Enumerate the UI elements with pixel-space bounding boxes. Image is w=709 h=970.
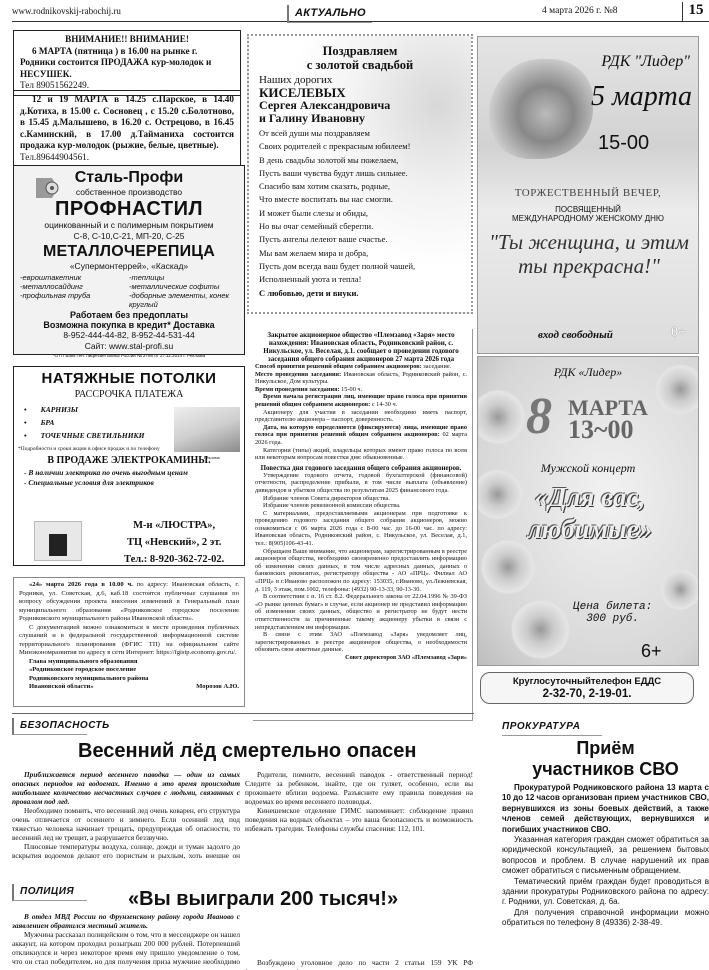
- article-ice-col1: Приближается период весеннего паводка — …: [12, 770, 240, 860]
- poem-line: Пусть дом всегда ваш будет полной чашей,: [259, 260, 461, 273]
- product-metallocherepitsa: МЕТАЛЛОЧЕРЕПИЦА: [18, 242, 240, 261]
- poster-day: 8: [526, 391, 552, 443]
- poster-event: ТОРЖЕСТВЕННЫЙ ВЕЧЕР,: [478, 187, 698, 199]
- flower-decoration: [658, 567, 699, 612]
- poster-march5-event: РДК "Лидер" 5 марта 15-00 ТОРЖЕСТВЕННЫЙ …: [477, 36, 699, 354]
- name-wife: и Галину Ивановну: [259, 112, 461, 125]
- poster-venue: РДК «Лидер»: [478, 365, 698, 380]
- notice-header: Закрытое акционерное общество «Племзавод…: [255, 331, 467, 363]
- notice-shareholders-meeting: Закрытое акционерное общество «Племзавод…: [253, 329, 473, 721]
- poster-title: «Для вас, любимые»: [490, 481, 690, 545]
- item-value: 15-00 ч.: [340, 386, 363, 393]
- poem: От всей души мы поздравляем Своих родите…: [259, 127, 461, 300]
- ad-phone: Тел.89644904561.: [20, 152, 234, 164]
- poster-concert: Мужской концерт: [478, 461, 698, 476]
- notice-item: Время начала регистрации лиц, имеющие пр…: [255, 393, 467, 408]
- item-label: Дата, на которую определяются (фиксируют…: [255, 424, 467, 439]
- poem-line: Но вы очаг семейный сберегли.: [259, 220, 461, 233]
- sale-line: - Специальные условия для электриков: [18, 478, 240, 488]
- item-label: Место проведения заседания:: [255, 371, 341, 378]
- ad-chickens-march12-19: 12 и 19 МАРТА в 14.25 с.Парское, в 14.40…: [13, 90, 241, 167]
- edds-label: Круглосуточныйтелефон ЕДДС: [481, 676, 693, 688]
- ad-body: 12 и 19 МАРТА в 14.25 с.Парское, в 14.40…: [20, 94, 234, 152]
- product2-types: «Супермонтеррей», «Каскад»: [18, 261, 240, 272]
- website[interactable]: Сайт: www.stal-profi.su: [18, 341, 240, 352]
- item-label: Время начала регистрации лиц, имеющие пр…: [255, 393, 467, 408]
- ad-note: *Подробности и сроки акции в офисе прода…: [18, 444, 168, 454]
- article-lead: Прокуратурой Родниковского района 13 мар…: [502, 783, 709, 835]
- dedication-line: ПОСВЯЩЕННЫЙ: [478, 205, 698, 214]
- item-label: Время проведения заседания:: [255, 386, 340, 393]
- shop-info: М-н «ЛЮСТРА», ТЦ «Невский», 2 эт. Тел.: …: [124, 517, 224, 568]
- no-prepay: Работаем без предоплаты: [18, 310, 240, 320]
- ad-title: НАТЯЖНЫЕ ПОТОЛКИ: [18, 370, 240, 389]
- article-paragraph: Тематический приём граждан будет проводи…: [502, 877, 709, 908]
- signature-line: Родниковского муниципального района: [19, 675, 239, 684]
- product-list: -евроштакетник -теплицы -металлосайдинг …: [18, 272, 240, 310]
- product-profnastil: ПРОФНАСТИЛ: [18, 198, 240, 220]
- ad-title: ВНИМАНИЕ!! ВНИМАНИЕ!: [20, 34, 234, 46]
- poem-line: В день свадьбы золотой мы пожелаем,: [259, 154, 461, 167]
- notice-item: Способ принятия решений общим собранием …: [255, 363, 467, 371]
- ad-stretch-ceilings: НАТЯЖНЫЕ ПОТОЛКИ РАССРОЧКА ПЛАТЕЖА КАРНИ…: [13, 366, 245, 566]
- product-item: -теплицы: [129, 273, 238, 282]
- signature-line: «Родниковское городское поселение: [19, 666, 239, 675]
- greeting-title: с золотой свадьбой: [259, 58, 461, 72]
- article-police-col1: В отдел МВД России по Фрунзенскому район…: [12, 912, 240, 966]
- poem-line: Пусть ваши чувства будут лишь сильнее.: [259, 167, 461, 180]
- notice-public-hearings: «24» марта 2026 года в 10.00 ч. по адрес…: [13, 577, 245, 707]
- article-paragraph: Указанная категория граждан сможет обрат…: [502, 835, 709, 877]
- site-url[interactable]: www.rodnikovskij-rabochij.ru: [12, 6, 121, 16]
- issue-date: 4 марта 2026 г. №8: [542, 6, 618, 16]
- poem-line: От всей души мы поздравляем: [259, 127, 461, 140]
- item-value: заседание.: [422, 363, 452, 370]
- notice-date: «24» марта 2026 года в 10.00 ч.: [29, 581, 133, 588]
- ceiling-photo: [174, 407, 240, 452]
- golden-wedding-greeting: Поздравляем с золотой свадьбой Наших дор…: [247, 34, 473, 314]
- notice-paragraph: В связи с этим ЗАО «Племзавод «Заря» уве…: [255, 631, 467, 654]
- rubric-safety: БЕЗОПАСНОСТЬ: [12, 718, 87, 735]
- edds-phones: 2-32-70, 2-19-01.: [481, 688, 693, 701]
- rubric-prosecutor: ПРОКУРАТУРА: [502, 719, 602, 736]
- article-ice-col2: Родители, помните, весенний паводок - от…: [245, 770, 473, 833]
- poem-line: Исполненный уюта и тепла!: [259, 273, 461, 286]
- article-paragraph: Необходимо помнить, что весенний лед оче…: [12, 806, 240, 842]
- notice-paragraph: Обращаем Ваше внимание, что акционерам, …: [255, 548, 467, 594]
- article-paragraph: Мужчина рассказал полицейским о том, что…: [12, 930, 240, 966]
- poster-quote: "Ты женщина, и этим ты прекрасна!": [484, 230, 694, 278]
- article-paragraph: Родители, помните, весенний паводок - от…: [245, 770, 473, 806]
- agenda-item: Избрание членов ревизионной комиссии общ…: [255, 502, 467, 510]
- product-desc: оцинкованный и с полимерным покрытием: [18, 220, 240, 231]
- article-paragraph: Для получения справочной информации можн…: [502, 908, 709, 929]
- item-value: с 14-30 ч.: [370, 401, 397, 408]
- price-label: Цена билета:: [573, 601, 652, 613]
- article-prosecutor-body: Прокуратурой Родниковского района 13 мар…: [502, 783, 709, 929]
- poem-line: Что вместе воспитать вы нас смогли.: [259, 193, 461, 206]
- fireplace-photo: [34, 521, 82, 561]
- article-paragraph: Кинешемское отделение ГИМС напоминает: с…: [245, 806, 473, 833]
- notice-paragraph: «24» марта 2026 года в 10.00 ч. по адрес…: [19, 581, 239, 624]
- headline-prosecutor: Приём участников СВО: [502, 738, 709, 780]
- headline-line: участников СВО: [502, 759, 709, 780]
- signature-line: Глава муниципального образования: [19, 658, 239, 667]
- signature-line: Ивановской области»: [29, 683, 94, 692]
- section-divider: [12, 713, 474, 714]
- poster-date: 5 марта: [591, 81, 692, 113]
- ad-chickens-march6: ВНИМАНИЕ!! ВНИМАНИЕ! 6 МАРТА (пятница ) …: [13, 30, 241, 96]
- edds-phone-box: Круглосуточныйтелефон ЕДДС 2-32-70, 2-19…: [480, 672, 694, 704]
- footnote: *ОТП Банк Ген. лицензия Банка России № 2…: [18, 352, 240, 359]
- sale-line: - В наличии электрика по очень выгодным …: [18, 468, 240, 478]
- notice-item: Акционеру для участия в заседании необхо…: [255, 409, 467, 424]
- product-item: -доборные элементы, конек круглый: [129, 291, 238, 309]
- poem-line: И может были слезы и обиды,: [259, 207, 461, 220]
- ad-stal-profi: Сталь-Профи собственное производство ПРО…: [13, 165, 245, 355]
- poem-line: Спасибо вам хотим сказать, родные,: [259, 180, 461, 193]
- ad-text: 12 и 19 МАРТА в 14.25 с.Парское, в 14.40…: [20, 94, 234, 150]
- article-lead: В отдел МВД России по Фрунзенскому район…: [12, 912, 240, 930]
- greeting-signature: С любовью, дети и внуки.: [259, 287, 461, 300]
- shop-mall: ТЦ «Невский», 2 эт.: [124, 534, 224, 551]
- notice-paragraph: С материалами, предоставляемыми акционер…: [255, 510, 467, 548]
- photo-caption: Реклама: [204, 455, 220, 461]
- poster-dedication: ПОСВЯЩЕННЫЙ МЕЖДУНАРОДНОМУ ЖЕНСКОМУ ДНЮ: [478, 205, 698, 223]
- price-value: 300 руб.: [573, 613, 652, 625]
- ad-text: 6 МАРТА (пятница ) в 16.00 на рынке г. Р…: [20, 46, 234, 81]
- article-paragraph: Возбуждено уголовное дело по части 2 ста…: [245, 958, 473, 970]
- credit-delivery: Возможна покупка в кредит* Доставка: [18, 320, 240, 330]
- signature-name: Морозов А.Ю.: [196, 683, 239, 692]
- poster-time: 15-00: [598, 132, 649, 155]
- agenda-item: Избрание членов Совета директоров общест…: [255, 495, 467, 503]
- section-title: АКТУАЛЬНО: [287, 5, 372, 23]
- dedication-line: МЕЖДУНАРОДНОМУ ЖЕНСКОМУ ДНЮ: [478, 214, 698, 223]
- poster-entry: вход свободный: [538, 329, 613, 341]
- rubric-police: ПОЛИЦИЯ: [12, 884, 87, 901]
- phones: 8-952-444-44-82, 8-952-44-531-44: [18, 330, 240, 341]
- article-police-col2: Возбуждено уголовное дело по части 2 ста…: [245, 912, 473, 970]
- flower-decoration: [508, 597, 573, 662]
- poem-line: Мы вам желаем мира и добра,: [259, 247, 461, 260]
- poster-venue: РДК "Лидер": [601, 53, 690, 71]
- flower-decoration: [478, 537, 538, 597]
- ad-subtitle: РАССРОЧКА ПЛАТЕЖА: [18, 389, 240, 402]
- notice-paragraph: В соответствии с п. 16 ст. 8.2. Федераль…: [255, 593, 467, 631]
- headline-line: Приём: [502, 738, 709, 759]
- product-types: С-8, С-10,С-21, МП-20, С-25: [18, 231, 240, 242]
- page-number: 15: [682, 2, 709, 22]
- poster-march8-concert: РДК «Лидер» 8 МАРТА 13~00 Мужской концер…: [477, 356, 699, 666]
- product-item: -евроштакетник: [20, 273, 129, 282]
- signature-row: Ивановской области» Морозов А.Ю.: [19, 683, 239, 692]
- notice-item: Место проведения заседания: Ивановская о…: [255, 371, 467, 386]
- poem-line: Своих родителей с прекрасным юбилеем!: [259, 140, 461, 153]
- product-item: -металлические софиты: [129, 282, 238, 291]
- notice-item: Дата, на которую определяются (фиксируют…: [255, 424, 467, 447]
- ad-date: 6 МАРТА: [32, 46, 72, 56]
- notice-item: Время проведения заседания: 15-00 ч.: [255, 386, 467, 394]
- flower-decoration: [477, 387, 528, 447]
- shop-phone: Тел.: 8-920-362-72-02.: [124, 551, 224, 568]
- product-item: -металлосайдинг: [20, 282, 129, 291]
- product-item: -профильная труба: [20, 291, 129, 309]
- notice-paragraph: С документацией можно ознакомиться в мес…: [19, 624, 239, 658]
- notice-signature: Совет директоров ЗАО «Племзавод «Заря»: [255, 654, 467, 662]
- shop-name: М-н «ЛЮСТРА»,: [124, 517, 224, 534]
- agenda-title: Повестка дня годового заседания общего с…: [255, 464, 467, 472]
- age-rating: 6+: [641, 641, 662, 662]
- greeting-title: Поздравляем: [259, 44, 461, 58]
- page-header: www.rodnikovskij-rabochij.ru АКТУАЛЬНО 4…: [12, 4, 709, 22]
- agenda-item: Утверждение годового отчета, годовой бух…: [255, 472, 467, 495]
- poster-time: 13~00: [568, 417, 634, 443]
- article-lead: Приближается период весеннего паводка — …: [12, 770, 240, 806]
- poem-line: Пусть ангелы лелеют ваше счастье.: [259, 233, 461, 246]
- woman-illustration: [488, 59, 593, 159]
- notice-item: Категории (типы) акций, владельцы которы…: [255, 447, 467, 462]
- ticket-price: Цена билета: 300 руб.: [573, 601, 652, 625]
- steel-roll-icon: [32, 176, 60, 200]
- headline-police: «Вы выиграли 200 тысяч!»: [128, 888, 398, 911]
- age-rating: 0+: [671, 325, 686, 341]
- headline-ice: Весенний лёд смертельно опасен: [78, 740, 416, 763]
- article-paragraph: Плюсовые температуры воздуха, солнце, до…: [12, 842, 240, 860]
- item-label: Способ принятия решений общим собранием …: [255, 363, 422, 370]
